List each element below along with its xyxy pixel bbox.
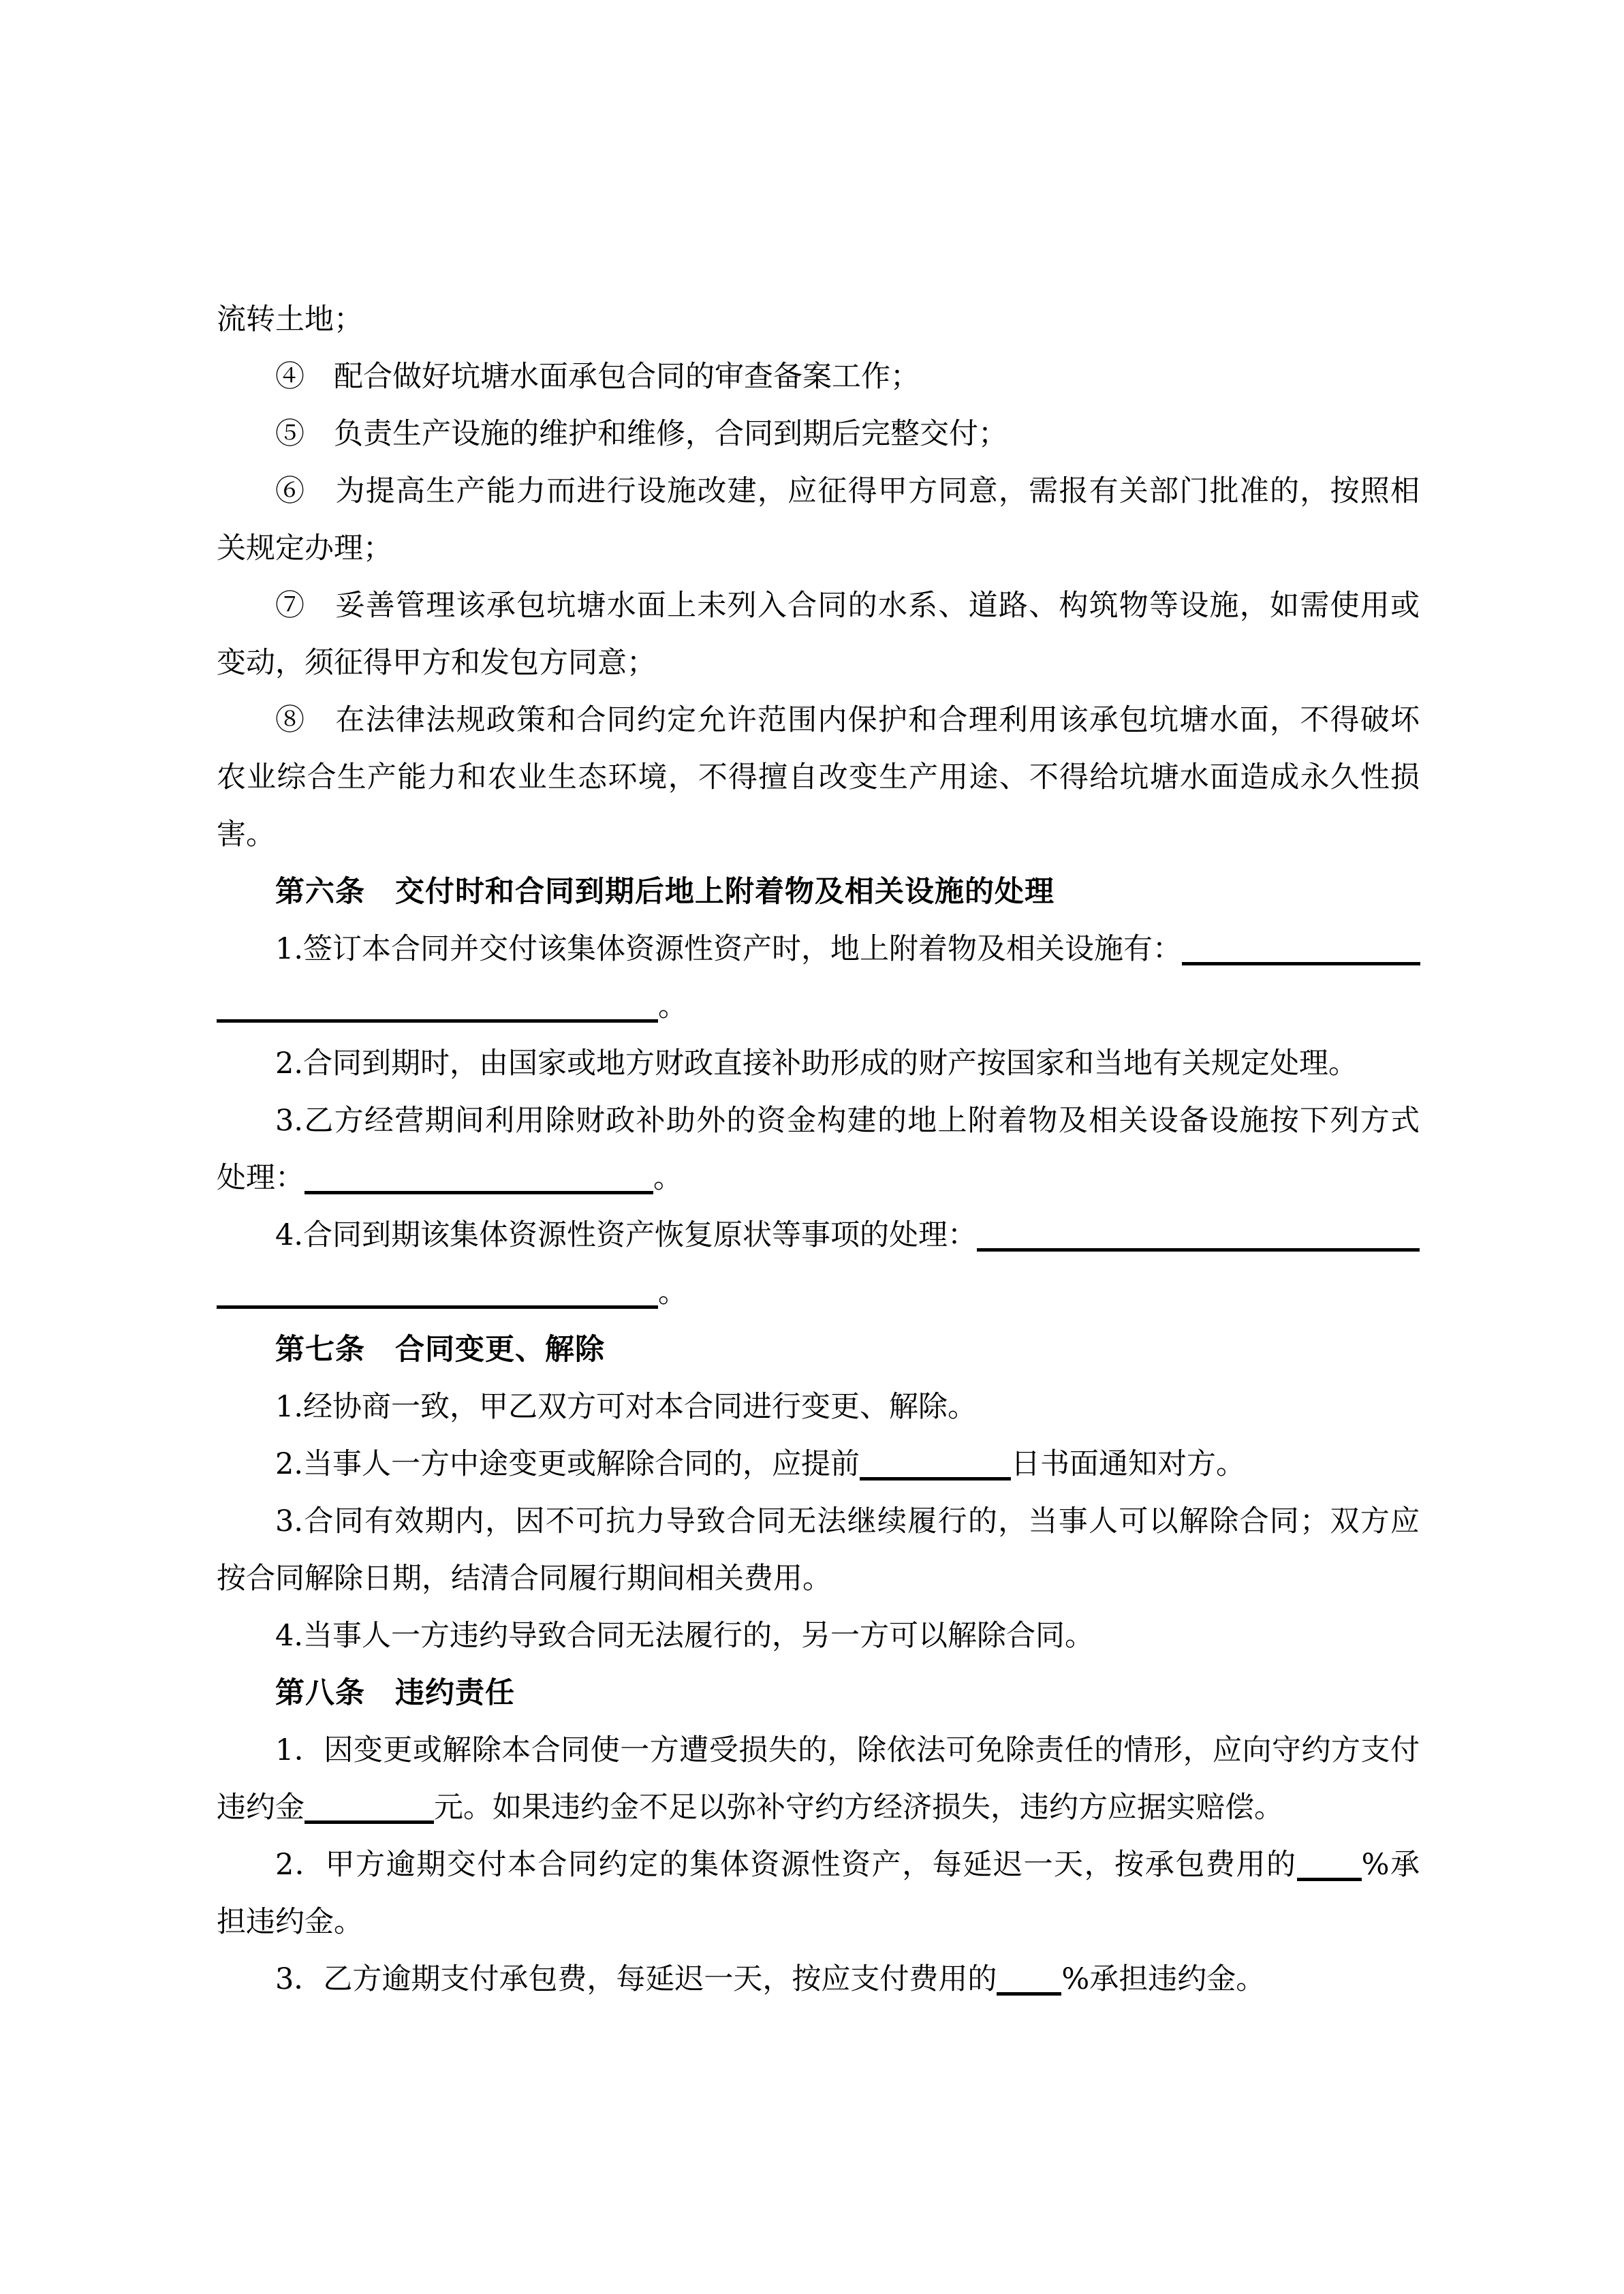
- text-segment: ⑦ 妥善管理该承包坑塘水面上未列入合同的水系、道路、构筑物等设施，如需使用或: [275, 589, 1420, 623]
- section-heading: 第六条 交付时和合同到期后地上附着物及相关设施的处理: [217, 863, 1420, 920]
- text-segment: 担违约金。: [217, 1905, 363, 1939]
- contract-line: 变动，须征得甲方和发包方同意；: [217, 634, 1420, 692]
- text-segment: 第七条 合同变更、解除: [275, 1333, 605, 1367]
- text-segment: 4.当事人一方违约导致合同无法履行的，另一方可以解除合同。: [275, 1619, 1094, 1653]
- text-segment: 。: [658, 989, 687, 1023]
- fill-in-blank-field: [977, 1228, 1420, 1252]
- contract-line: 。: [217, 1264, 1420, 1321]
- text-segment: 1.经协商一致，甲乙双方可对本合同进行变更、解除。: [275, 1390, 977, 1424]
- fill-in-blank-field: [1297, 1857, 1362, 1881]
- contract-page: 流转土地；④ 配合做好坑塘水面承包合同的审查备案工作；⑤ 负责生产设施的维护和维…: [0, 0, 1624, 2294]
- fill-in-blank-field: [304, 1171, 653, 1194]
- text-segment: 日书面通知对方。: [1011, 1447, 1245, 1481]
- contract-line: 流转土地；: [217, 291, 1420, 348]
- text-segment: 3.乙方经营期间利用除财政补助外的资金构建的地上附着物及相关设备设施按下列方式: [275, 1104, 1420, 1138]
- fill-in-blank-field: [997, 1972, 1061, 1996]
- text-segment: 1．因变更或解除本合同使一方遭受损失的，除依法可免除责任的情形，应向守约方支付: [275, 1733, 1420, 1767]
- fill-in-blank-field: [304, 1800, 434, 1824]
- contract-line: ⑧ 在法律法规政策和合同约定允许范围内保护和合理利用该承包坑塘水面，不得破坏: [217, 692, 1420, 749]
- contract-line: 。: [217, 978, 1420, 1035]
- text-segment: 3.合同有效期内，因不可抗力导致合同无法继续履行的，当事人可以解除合同；双方应: [275, 1504, 1420, 1538]
- text-segment: 违约金: [217, 1791, 304, 1825]
- contract-line: ⑤ 负责生产设施的维护和维修，合同到期后完整交付；: [217, 405, 1420, 463]
- text-segment: 第八条 违约责任: [275, 1676, 515, 1710]
- text-segment: 按合同解除日期，结清合同履行期间相关费用。: [217, 1562, 832, 1596]
- contract-line: 4.合同到期该集体资源性资产恢复原状等事项的处理：: [217, 1207, 1420, 1264]
- contract-line: 违约金元。如果违约金不足以弥补守约方经济损失，违约方应据实赔偿。: [217, 1779, 1420, 1836]
- contract-line: 害。: [217, 806, 1420, 863]
- fill-in-blank-field: [860, 1457, 1011, 1481]
- text-segment: ⑥ 为提高生产能力而进行设施改建，应征得甲方同意，需报有关部门批准的，按照相: [275, 474, 1420, 508]
- text-segment: 3．乙方逾期支付承包费，每延迟一天，按应支付费用的: [275, 1962, 997, 1996]
- text-segment: 处理：: [217, 1161, 304, 1195]
- contract-line: 处理：。: [217, 1149, 1420, 1207]
- contract-line: 1.经协商一致，甲乙双方可对本合同进行变更、解除。: [217, 1378, 1420, 1436]
- text-segment: 元。如果违约金不足以弥补守约方经济损失，违约方应据实赔偿。: [434, 1791, 1283, 1825]
- text-segment: 。: [653, 1161, 683, 1195]
- fill-in-blank-field: [217, 1285, 658, 1309]
- contract-line: 3．乙方逾期支付承包费，每延迟一天，按应支付费用的%承担违约金。: [217, 1951, 1420, 2008]
- contract-line: 1.签订本合同并交付该集体资源性资产时，地上附着物及相关设施有：: [217, 920, 1420, 978]
- fill-in-blank-field: [217, 999, 658, 1023]
- contract-line: 农业综合生产能力和农业生态环境，不得擅自改变生产用途、不得给坑塘水面造成永久性损: [217, 749, 1420, 806]
- text-segment: 农业综合生产能力和农业生态环境，不得擅自改变生产用途、不得给坑塘水面造成永久性损: [217, 760, 1420, 794]
- contract-line: 1．因变更或解除本合同使一方遭受损失的，除依法可免除责任的情形，应向守约方支付: [217, 1722, 1420, 1779]
- contract-line: 3.合同有效期内，因不可抗力导致合同无法继续履行的，当事人可以解除合同；双方应: [217, 1493, 1420, 1550]
- text-segment: ⑤ 负责生产设施的维护和维修，合同到期后完整交付；: [275, 417, 1008, 451]
- text-segment: %承担违约金。: [1061, 1962, 1265, 1996]
- text-segment: ④ 配合做好坑塘水面承包合同的审查备案工作；: [275, 360, 920, 394]
- contract-line: ⑥ 为提高生产能力而进行设施改建，应征得甲方同意，需报有关部门批准的，按照相: [217, 463, 1420, 520]
- text-segment: 1.签订本合同并交付该集体资源性资产时，地上附着物及相关设施有：: [275, 932, 1182, 966]
- text-segment: 第六条 交付时和合同到期后地上附着物及相关设施的处理: [275, 875, 1055, 909]
- text-segment: %承: [1362, 1848, 1420, 1882]
- contract-line: ④ 配合做好坑塘水面承包合同的审查备案工作；: [217, 348, 1420, 405]
- contract-line: 2．甲方逾期交付本合同约定的集体资源性资产，每延迟一天，按承包费用的%承: [217, 1836, 1420, 1893]
- text-segment: 4.合同到期该集体资源性资产恢复原状等事项的处理：: [275, 1218, 977, 1252]
- contract-line: 担违约金。: [217, 1893, 1420, 1951]
- text-segment: ⑧ 在法律法规政策和合同约定允许范围内保护和合理利用该承包坑塘水面，不得破坏: [275, 703, 1420, 737]
- text-segment: 2．甲方逾期交付本合同约定的集体资源性资产，每延迟一天，按承包费用的: [275, 1848, 1297, 1882]
- contract-line: ⑦ 妥善管理该承包坑塘水面上未列入合同的水系、道路、构筑物等设施，如需使用或: [217, 577, 1420, 634]
- contract-line: 关规定办理；: [217, 520, 1420, 577]
- contract-line: 3.乙方经营期间利用除财政补助外的资金构建的地上附着物及相关设备设施按下列方式: [217, 1092, 1420, 1149]
- section-heading: 第七条 合同变更、解除: [217, 1321, 1420, 1378]
- text-segment: 。: [658, 1275, 687, 1309]
- text-segment: 关规定办理；: [217, 531, 392, 565]
- contract-line: 2.当事人一方中途变更或解除合同的，应提前日书面通知对方。: [217, 1436, 1420, 1493]
- contract-line: 2.合同到期时，由国家或地方财政直接补助形成的财产按国家和当地有关规定处理。: [217, 1035, 1420, 1092]
- section-heading: 第八条 违约责任: [217, 1664, 1420, 1722]
- fill-in-blank-field: [1182, 942, 1420, 965]
- text-segment: 2.当事人一方中途变更或解除合同的，应提前: [275, 1447, 860, 1481]
- text-segment: 变动，须征得甲方和发包方同意；: [217, 646, 656, 680]
- text-segment: 害。: [217, 818, 275, 852]
- text-segment: 流转土地；: [217, 303, 363, 337]
- document-body: 流转土地；④ 配合做好坑塘水面承包合同的审查备案工作；⑤ 负责生产设施的维护和维…: [217, 291, 1420, 2008]
- contract-line: 4.当事人一方违约导致合同无法履行的，另一方可以解除合同。: [217, 1607, 1420, 1664]
- contract-line: 按合同解除日期，结清合同履行期间相关费用。: [217, 1550, 1420, 1607]
- text-segment: 2.合同到期时，由国家或地方财政直接补助形成的财产按国家和当地有关规定处理。: [275, 1047, 1358, 1081]
